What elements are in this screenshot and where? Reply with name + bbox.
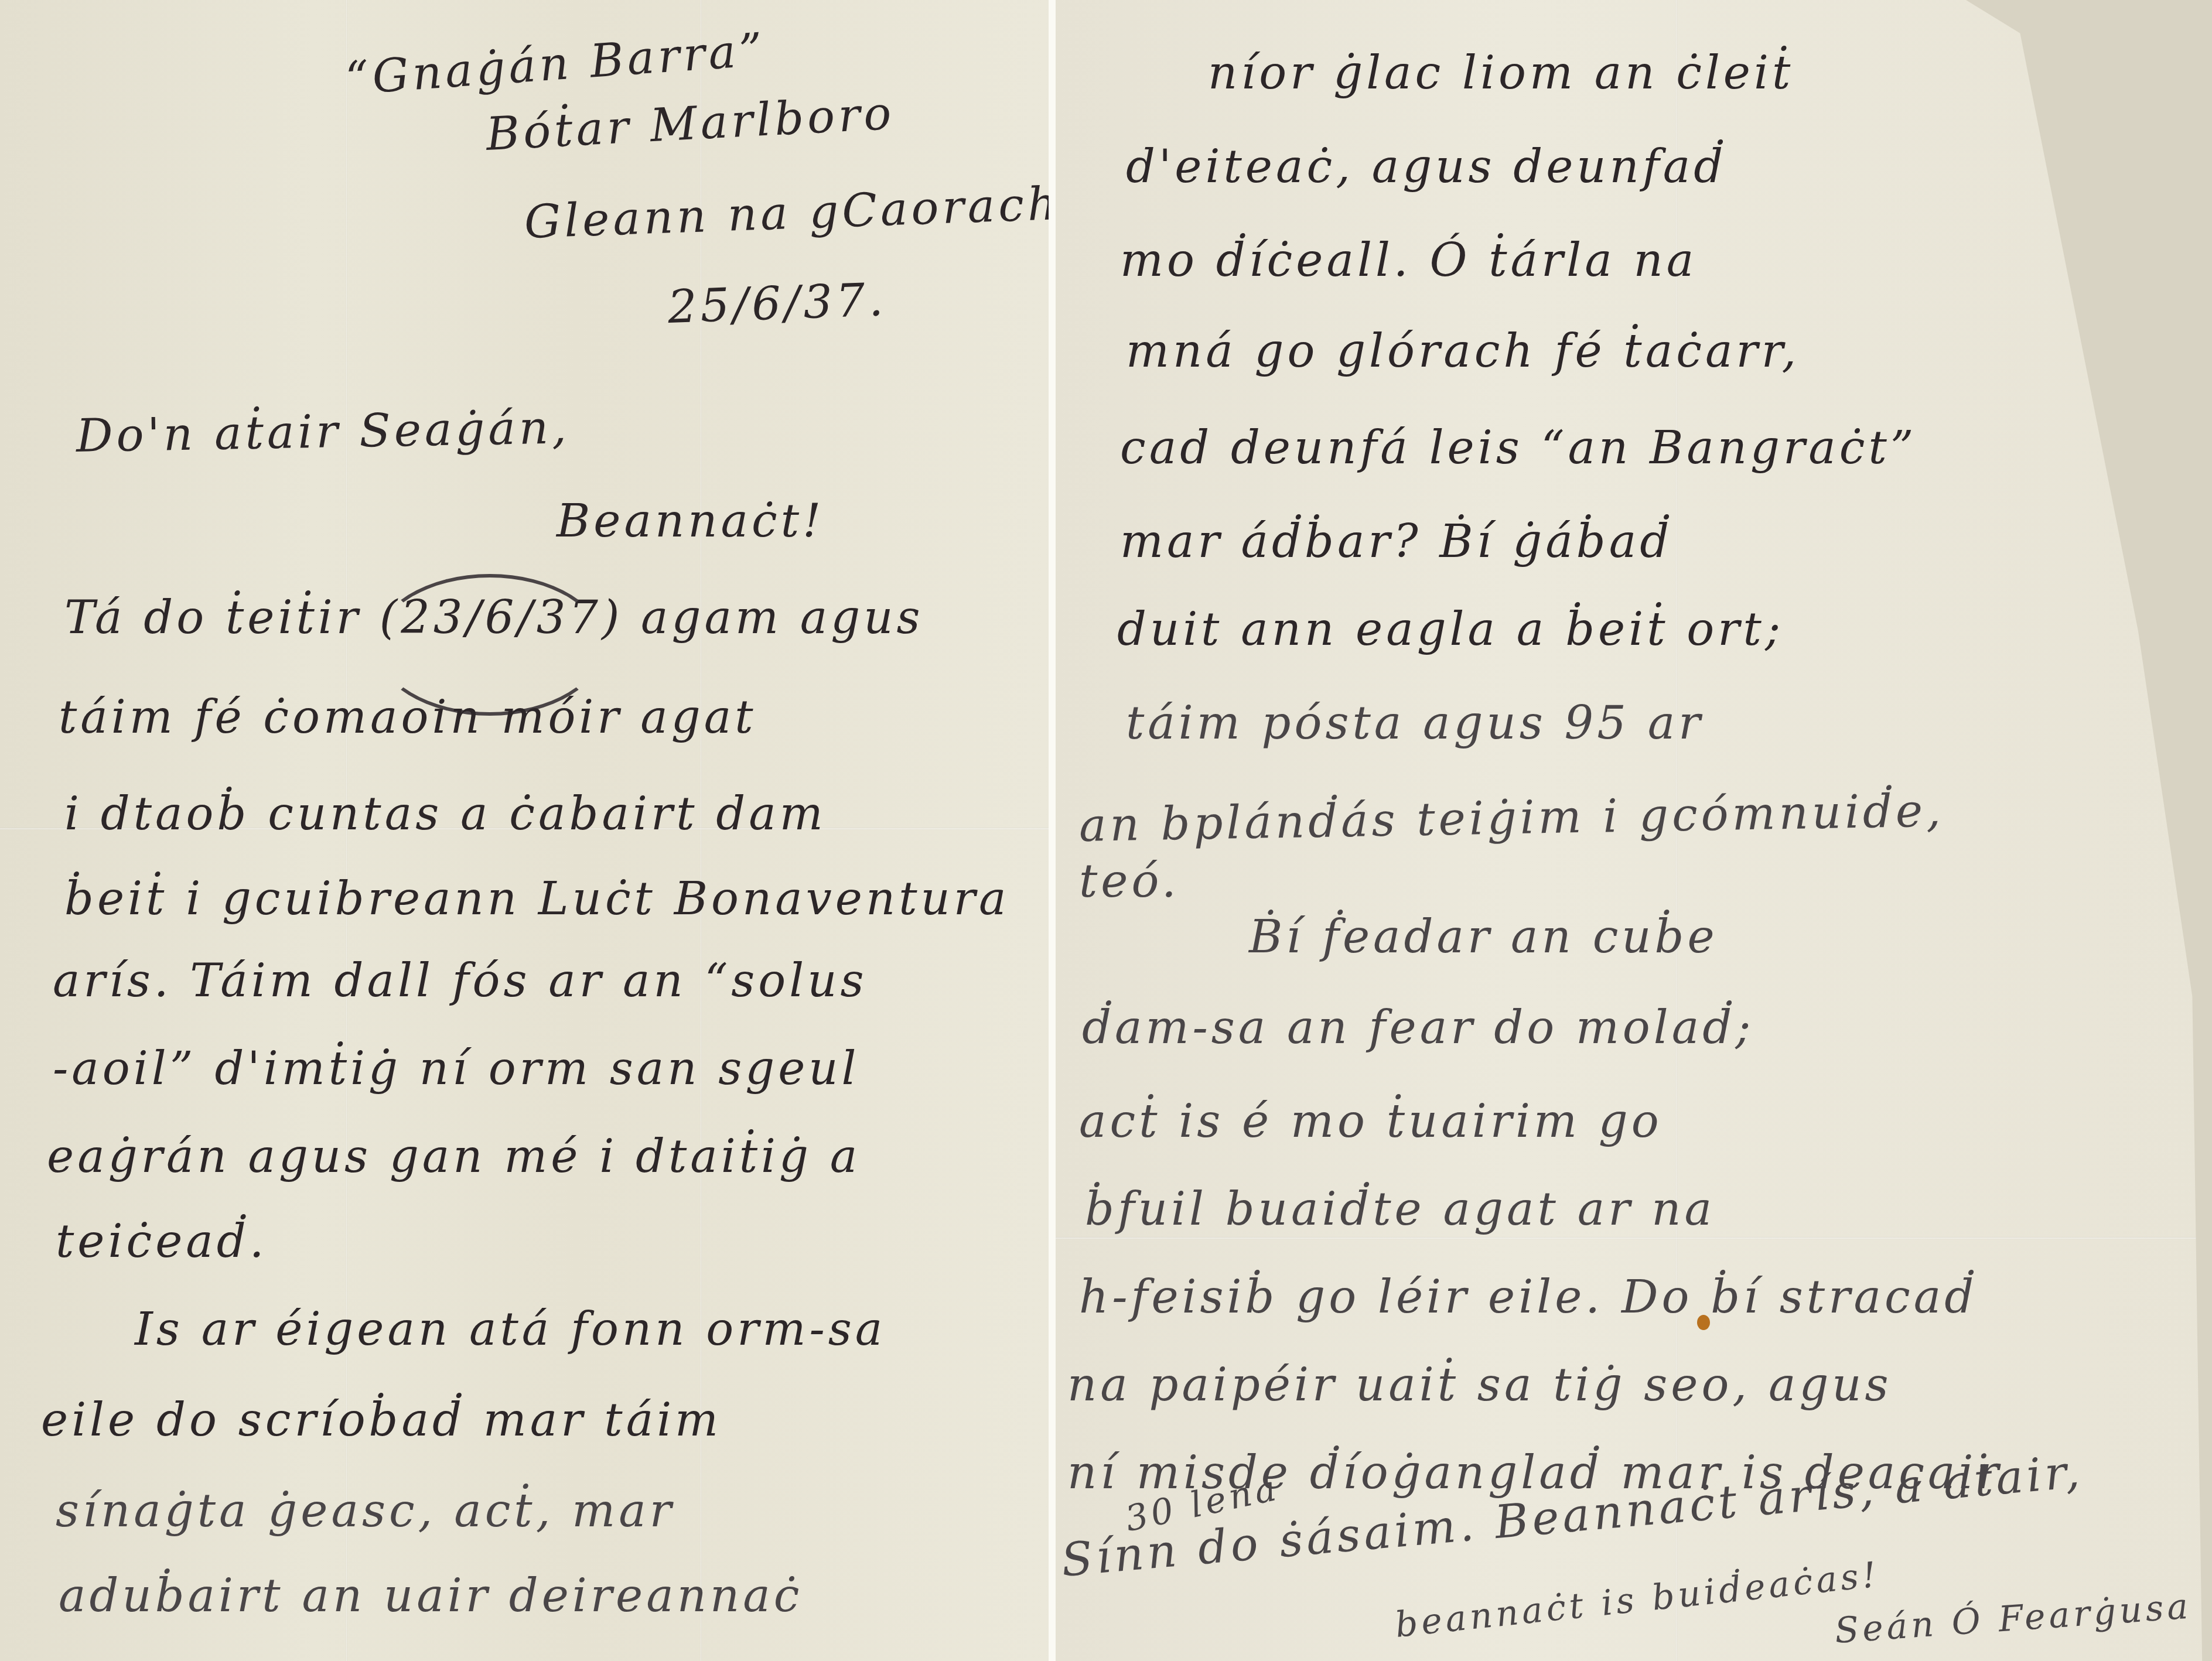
body-line: Is ar éigean atá fonn orm-sa bbox=[135, 1303, 886, 1356]
body-line: teiċeaḋ. bbox=[56, 1215, 268, 1268]
address-street: Bóṫar Marlboro bbox=[485, 87, 896, 161]
paper-curl bbox=[1966, 0, 2212, 1661]
letter-page-right: níor ġlac liom an ċleiṫ d'eiteaċ, agus d… bbox=[1056, 0, 2212, 1661]
letter-date: 25/6/37. bbox=[667, 274, 887, 334]
body-line: duit ann eagla a ḃeiṫ ort; bbox=[1117, 603, 1784, 656]
signature: Seán Ó Fearġusa bbox=[1834, 1586, 2193, 1652]
body-line: ḋam-sa an fear do molaḋ; bbox=[1082, 1002, 1754, 1054]
body-line: d'eiteaċ, agus deunfaḋ bbox=[1126, 141, 1726, 193]
address-house-name: “Gnaġán Barra” bbox=[344, 23, 768, 105]
body-line: mar áḋḃar? Ḃí ġáḃaḋ bbox=[1120, 515, 1672, 568]
body-line: -aoil” d'imṫiġ ní orm san sgeul bbox=[53, 1043, 860, 1095]
body-line: táim fé ċomaoin móir agat bbox=[59, 691, 757, 744]
greeting: Beannaċt! bbox=[557, 495, 824, 548]
letter-page-left: “Gnaġán Barra” Bóṫar Marlboro Gleann na … bbox=[0, 0, 1049, 1661]
body-line: ḃfuil buaiḋte agat ar na bbox=[1085, 1183, 1715, 1236]
salutation: Do'n aṫair Seaġán, bbox=[76, 401, 570, 463]
body-line: mná go glórach fé ṫaċarr, bbox=[1126, 325, 1800, 378]
body-line: i dtaoḃ cuntas a ċabairt dam bbox=[64, 788, 827, 840]
body-line: mo ḋíċeall. Ó ṫárla na bbox=[1120, 234, 1697, 287]
body-line: eaġrán agus gan mé i dtaiṫiġ a bbox=[47, 1130, 861, 1183]
body-line: Ḃí ḟeadar an cuḃe bbox=[1249, 911, 1718, 963]
body-line: h-feisiḃ go léir eile. Do ḃí stracaḋ bbox=[1079, 1271, 1977, 1324]
ink-stain bbox=[1697, 1315, 1710, 1330]
body-line: acṫ is é mo ṫuairim go bbox=[1079, 1095, 1663, 1148]
body-line: ḃeiṫ i gcuibreann Luċt Bonaventura bbox=[64, 873, 1010, 925]
body-line: teó. bbox=[1079, 855, 1180, 908]
body-line: cad deunfá leis “an Bangraċt” bbox=[1120, 422, 1917, 474]
body-line: an bplánḋás teiġim i gcómnuiḋe, bbox=[1078, 784, 1944, 852]
address-town: Gleann na gCaorach bbox=[523, 177, 1049, 249]
body-line: arís. Táim dall fós ar an “solus bbox=[53, 955, 868, 1007]
body-line: níor ġlac liom an ċleiṫ bbox=[1208, 47, 1794, 100]
page-divider bbox=[1049, 0, 1056, 1661]
body-line: na paipéir uaiṫ sa tiġ seo, agus bbox=[1067, 1359, 1892, 1411]
body-line: sínaġta ġeasc, acṫ, mar bbox=[56, 1485, 675, 1537]
body-line: beannaċt is buiḋeaċas! bbox=[1393, 1554, 1882, 1645]
body-line: aduḃairt an uair deireannaċ bbox=[59, 1570, 803, 1622]
fold-crease bbox=[1056, 1237, 2212, 1239]
body-line: eile do scríoḃaḋ mar táim bbox=[41, 1394, 722, 1447]
body-line: táim pósta agus 95 ar bbox=[1126, 697, 1704, 750]
